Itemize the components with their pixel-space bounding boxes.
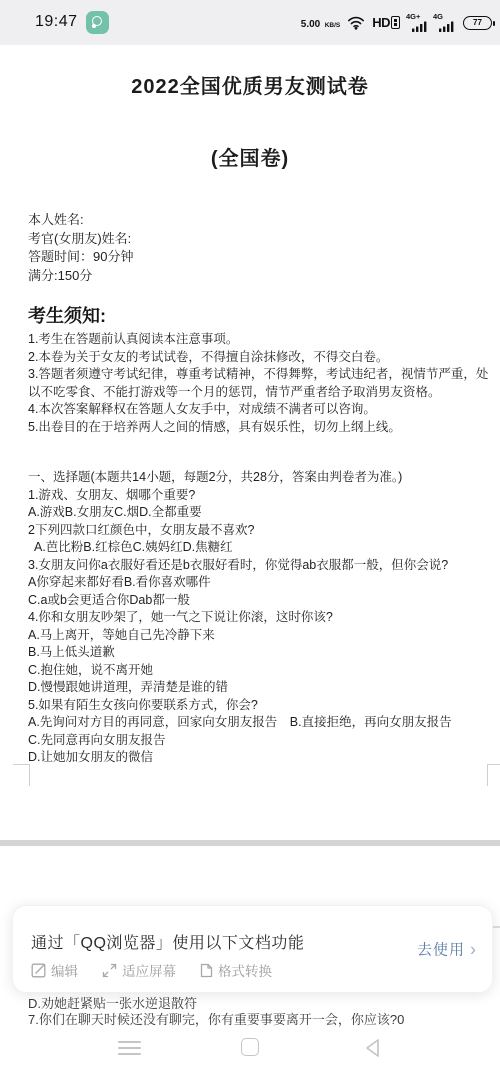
dual-sim-badge-icon [391, 16, 400, 29]
question-line: D.慢慢跟她讲道理，弄清楚是谁的错 [28, 679, 460, 697]
notice-item: 3.答题者须遵守考试纪律，尊重考试精神，不得舞弊，考试违纪者，视情节严重，处以不… [28, 366, 492, 401]
table-corner-right-icon [487, 764, 500, 786]
status-bar-right: 5.00 KB/S HD 4G+ [301, 0, 492, 45]
notice-item: 1.考生在答题前认真阅读本注意事项。 [28, 331, 492, 349]
android-nav-bar [0, 1027, 500, 1069]
sim2-signal-icon: 4G [433, 12, 455, 34]
question-line: 3.女朋友问你a衣服好看还是b衣服好看时，你觉得ab衣服都一般，但你会说? [28, 557, 460, 575]
chat-bubble-icon [86, 11, 109, 34]
exam-subtitle: (全国卷) [0, 142, 500, 171]
peek-line: D.劝她赶紧贴一张水逆退散符 [28, 996, 486, 1012]
page2-peek-text: D.劝她赶紧贴一张水逆退散符 7.你们在聊天时候还没有聊完，你有重要事要离开一会… [28, 996, 486, 1028]
phone-screen: 19:47 5.00 KB/S HD [0, 0, 500, 1069]
question-line: 5.如果有陌生女孩向你要联系方式，你会? [28, 697, 460, 715]
edit-icon [31, 963, 46, 978]
question-line: A.芭比粉B.红棕色C.姨妈红D.焦糖红 [28, 539, 460, 557]
question-line: 4.你和女朋友吵架了，她一气之下说让你滚，这时你该? [28, 609, 460, 627]
table-corner-left-icon [13, 764, 30, 786]
back-icon[interactable] [364, 1038, 380, 1063]
page-divider [0, 840, 500, 846]
peek-line: 7.你们在聊天时候还没有聊完，你有重要事要离开一会，你应该?0 [28, 1012, 486, 1028]
notice-item: 2.本卷为关于女友的考试试卷，不得擅自涂抹修改，不得交白卷。 [28, 349, 492, 367]
network-speed-value: 5.00 [301, 19, 320, 30]
question-line: C.抱住她，说不离开她 [28, 662, 460, 680]
question-line: B.马上低头道歉 [28, 644, 460, 662]
sim2-network-label: 4G [433, 12, 443, 21]
hd-volte-icon: HD [372, 15, 400, 30]
battery-percent: 77 [464, 18, 491, 27]
info-line-examiner: 考官(女朋友)姓名: [28, 230, 470, 249]
wifi-icon [347, 16, 365, 30]
notice-item: 4.本次答案解释权在答题人女友手中，对成绩不满者可以咨询。 [28, 401, 492, 419]
section-heading: 一、选择题(本题共14小题，每题2分，共28分，答案由判卷者为准。) [28, 469, 460, 487]
feature-format-convert[interactable]: 格式转换 [200, 960, 272, 980]
question-line: A你穿起来都好看B.看你喜欢哪件 [28, 574, 460, 592]
fit-screen-icon [102, 963, 117, 978]
menu-icon[interactable] [118, 1041, 141, 1059]
file-convert-icon [200, 963, 213, 978]
sim1-network-label: 4G+ [406, 12, 420, 21]
notice-list: 1.考生在答题前认真阅读本注意事项。 2.本卷为关于女友的考试试卷，不得擅自涂抹… [28, 331, 492, 436]
status-bar: 19:47 5.00 KB/S HD [0, 0, 500, 45]
feature-label: 适应屏幕 [122, 960, 176, 980]
notice-item: 5.出卷目的在于培养两人之间的情感，具有娱乐性，切勿上纲上线。 [28, 419, 492, 437]
info-line-name: 本人姓名: [28, 211, 470, 230]
multiple-choice-section: 一、选择题(本题共14小题，每题2分，共28分，答案由判卷者为准。) 1.游戏、… [28, 469, 460, 767]
question-line: D.让她加女朋友的微信 [28, 749, 460, 767]
battery-icon: 77 [463, 16, 492, 30]
home-icon[interactable] [241, 1038, 259, 1056]
question-line: C.a或b会更适合你Dab都一般 [28, 592, 460, 610]
network-speed-unit: KB/S [325, 22, 341, 29]
feature-fit-screen[interactable]: 适应屏幕 [102, 960, 176, 980]
go-use-button[interactable]: 去使用 › [417, 939, 476, 960]
go-use-label: 去使用 [417, 939, 465, 960]
qq-browser-banner[interactable]: 通过「QQ浏览器」使用以下文档功能 编辑 [12, 905, 493, 993]
question-line: A.马上离开，等她自己先冷静下来 [28, 627, 460, 645]
clock: 19:47 [35, 13, 78, 31]
question-line: A.先询问对方目的再同意，回家向女朋友报告 B.直接拒绝，再向女朋友报告 [28, 714, 460, 732]
hd-label: HD [372, 15, 390, 30]
question-line: A.游戏B.女朋友C.烟D.全都重要 [28, 504, 460, 522]
chevron-right-icon: › [470, 940, 476, 958]
sim1-signal-icon: 4G+ [406, 12, 428, 34]
notice-heading: 考生须知: [28, 302, 106, 328]
exam-title: 2022全国优质男友测试卷 [0, 70, 500, 99]
exam-info-block: 本人姓名: 考官(女朋友)姓名: 答题时间：90分钟 满分:150分 [28, 211, 470, 285]
network-speed: 5.00 KB/S [301, 14, 340, 32]
feature-label: 格式转换 [218, 960, 272, 980]
question-line: C.先同意再向女朋友报告 [28, 732, 460, 750]
question-line: 2下列四款口红颜色中，女朋友最不喜欢? [28, 522, 460, 540]
app-icon-dot [92, 24, 96, 28]
feature-edit[interactable]: 编辑 [31, 960, 78, 980]
question-line: 1.游戏、女朋友、烟哪个重要? [28, 487, 460, 505]
info-line-full-score: 满分:150分 [28, 267, 470, 286]
info-line-duration: 答题时间：90分钟 [28, 248, 470, 267]
battery-nub [493, 21, 496, 26]
banner-title: 通过「QQ浏览器」使用以下文档功能 [31, 930, 304, 953]
banner-features: 编辑 适应屏幕 [31, 960, 272, 980]
feature-label: 编辑 [51, 960, 78, 980]
